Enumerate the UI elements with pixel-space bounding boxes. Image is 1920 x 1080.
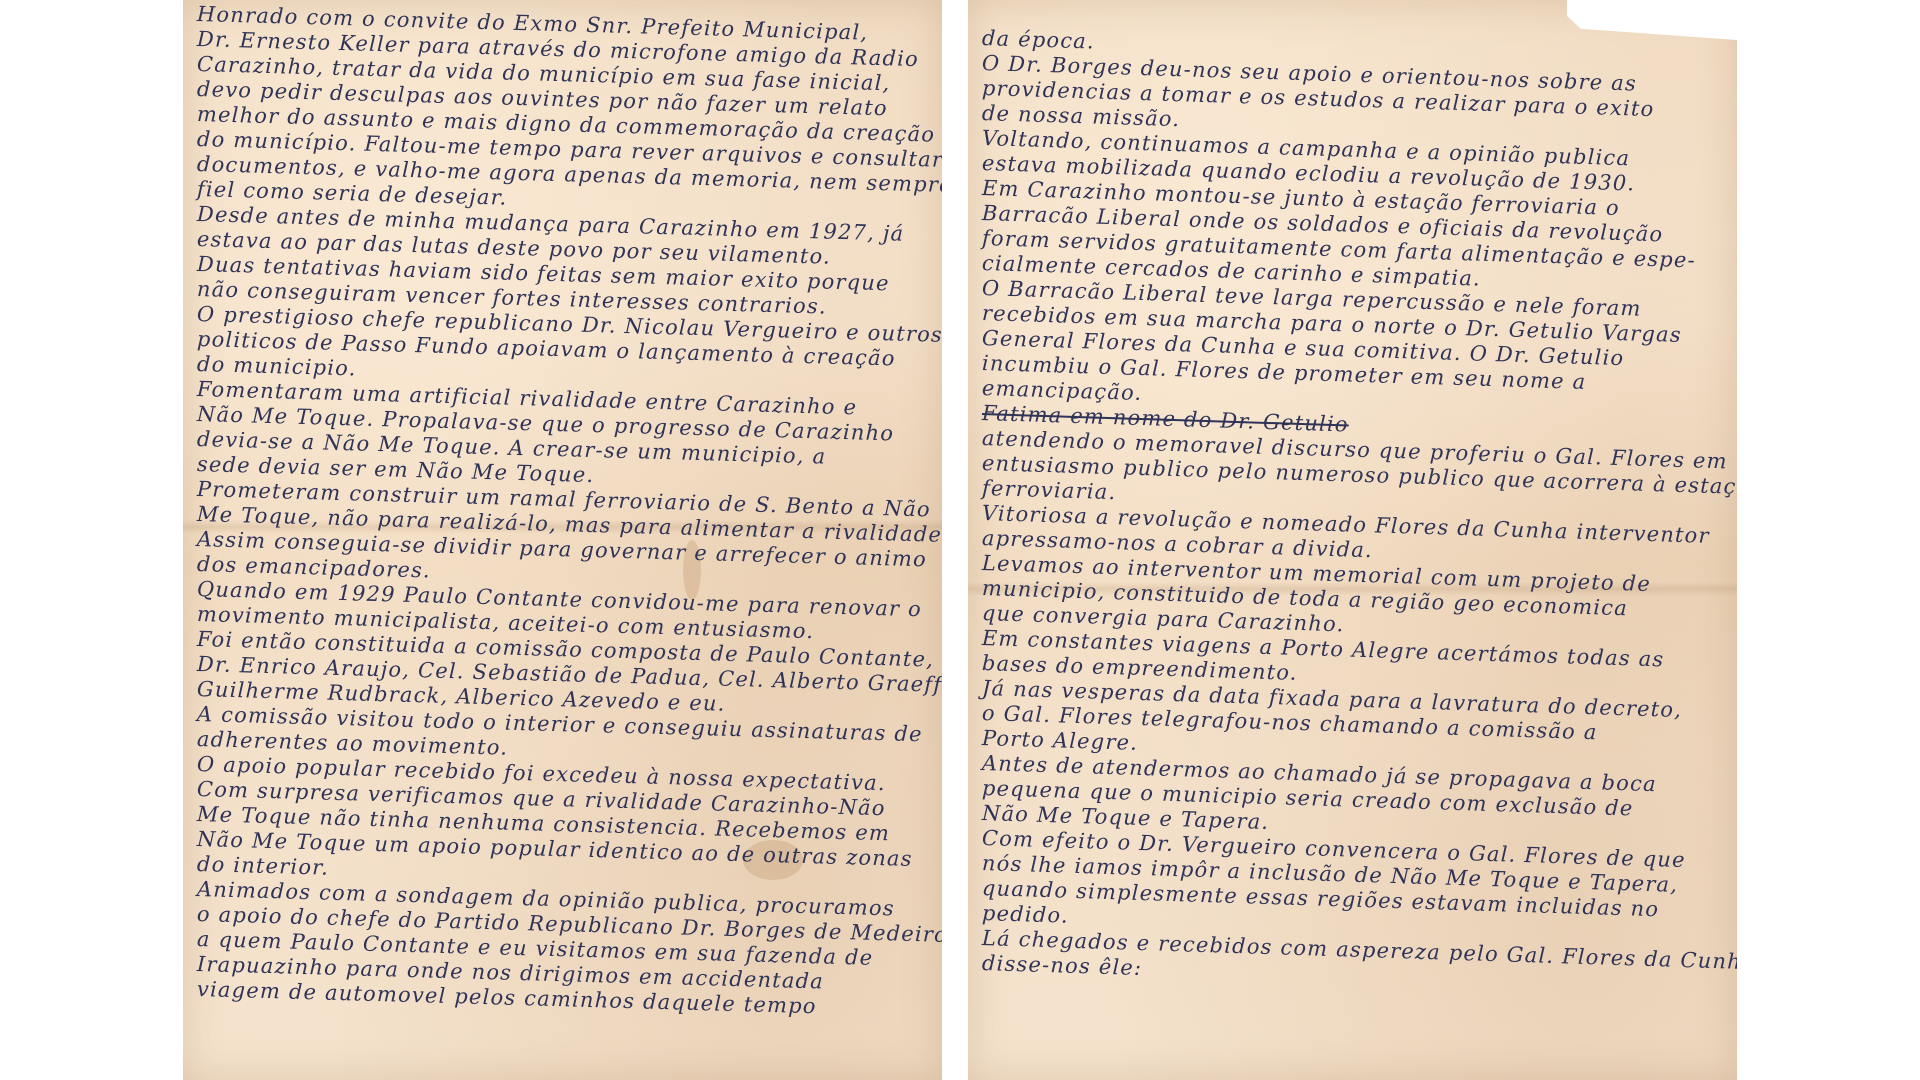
- handwritten-line: disse-nos êle:: [982, 951, 1143, 980]
- handwritten-line: ferroviaria.: [982, 476, 1117, 504]
- manuscript-page-left: Honrado com o convite do Exmo Snr. Prefe…: [183, 0, 942, 1080]
- handwritten-line: da época.: [982, 26, 1096, 54]
- handwritten-line: emancipação.: [982, 376, 1143, 405]
- handwritten-line: pedido.: [982, 901, 1070, 928]
- handwritten-line: do interior.: [197, 852, 330, 880]
- handwritten-line: Porto Alegre.: [982, 726, 1139, 755]
- handwritten-line: do municipio.: [197, 352, 357, 380]
- torn-page-corner: [1567, 0, 1737, 40]
- manuscript-page-right: da época. O Dr. Borges deu-nos seu apoio…: [968, 0, 1737, 1080]
